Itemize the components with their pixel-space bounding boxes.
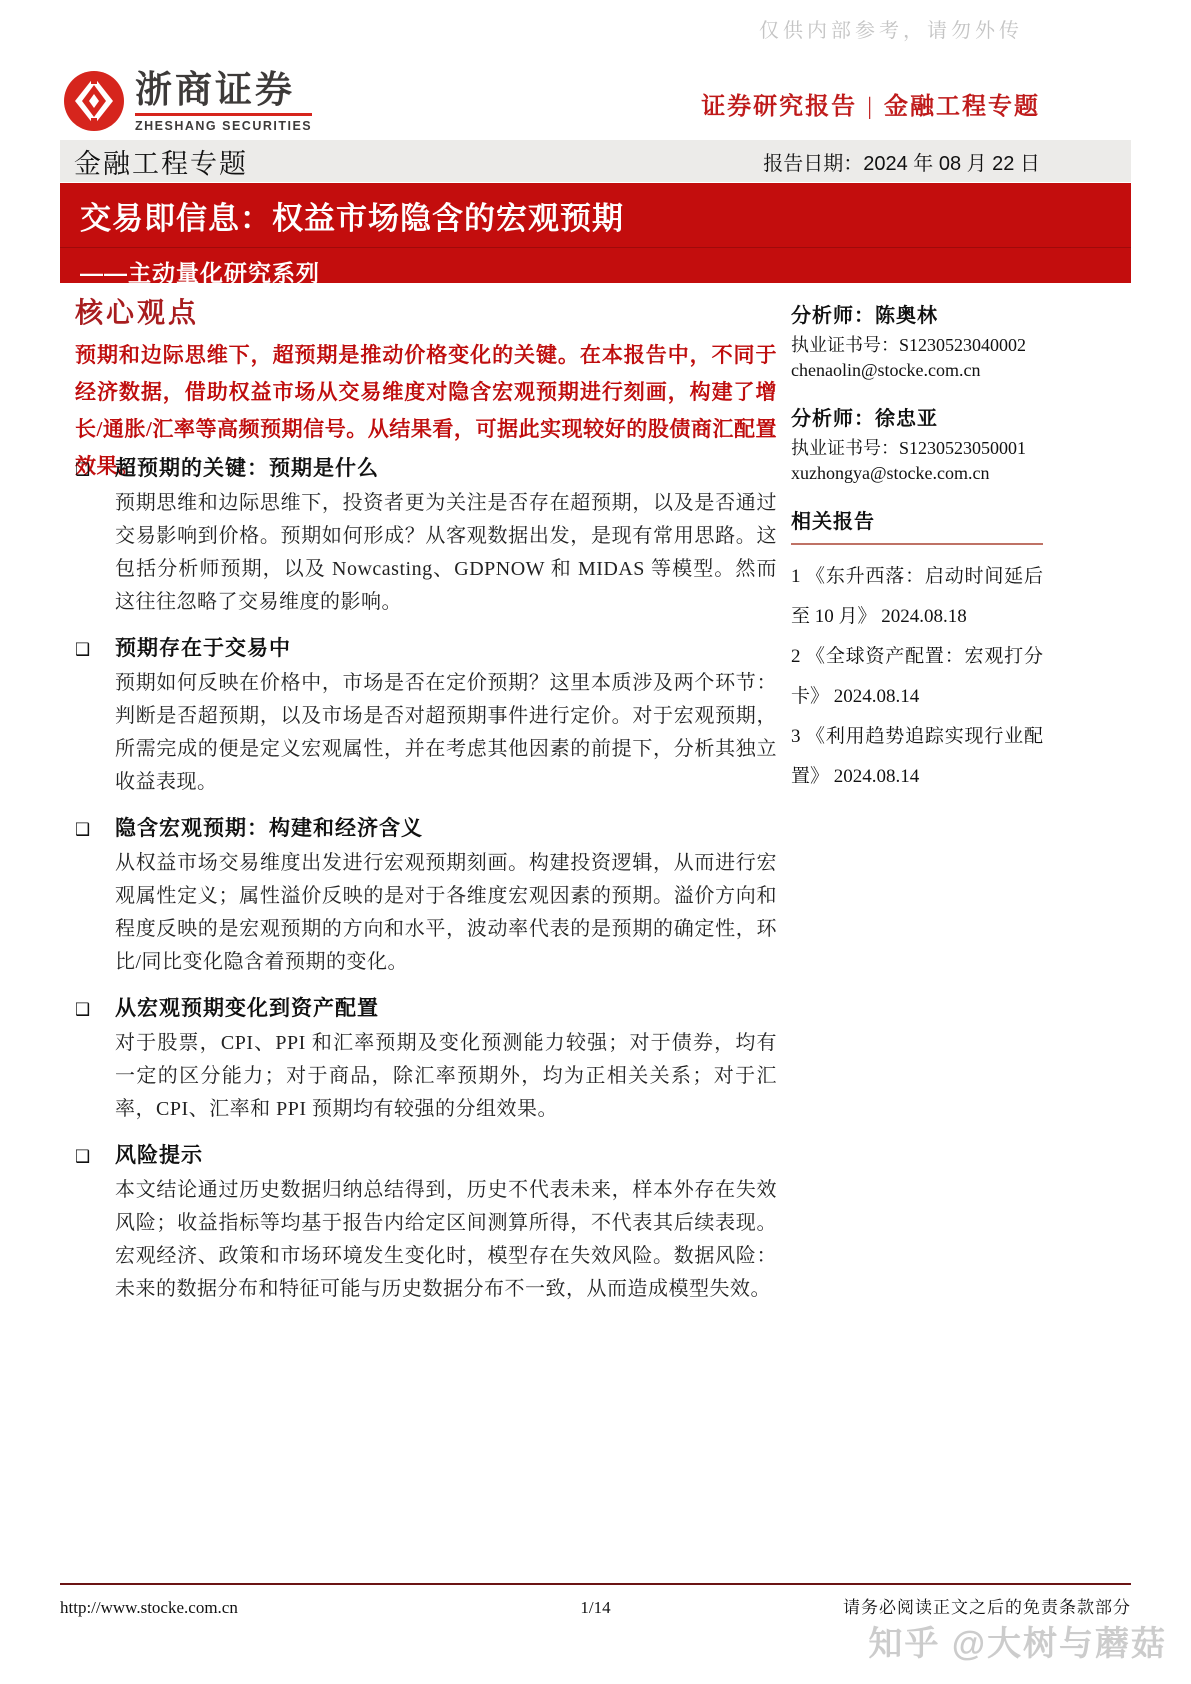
bullet-body: 预期思维和边际思维下，投资者更为关注是否存在超预期，以及是否通过交易影响到价格。… [115,487,777,619]
zheshang-logo-icon [63,70,125,132]
bullet-heading: 超预期的关键：预期是什么 [115,452,379,482]
bullet-body: 从权益市场交易维度出发进行宏观预期刻画。构建投资逻辑，从而进行宏观属性定义；属性… [115,847,777,979]
disclaimer-notice: 请务必阅读正文之后的免责条款部分 [771,1593,1131,1618]
bullet-heading: 风险提示 [115,1139,203,1169]
analyst-email: chenaolin@stocke.com.cn [791,360,1043,381]
report-page: 仅供内部参考，请勿外传 浙商证券 ZHESHANG SECURITIES 证券研… [0,0,1191,1684]
page-number: 1/14 [420,1598,771,1618]
report-date-value: 2024 年 08 月 22 日 [863,153,1040,175]
logo-name-cn: 浙商证券 [135,70,312,111]
bullet-item-risk: ❑ 风险提示 本文结论通过历史数据归纳总结得到，历史不代表未来，样本外存在失效风… [75,1139,777,1306]
section-title: 金融工程专题 [74,142,248,181]
report-category: 证券研究报告|金融工程专题 [701,86,1040,121]
bullet-heading: 从宏观预期变化到资产配置 [115,992,379,1022]
page-footer: http://www.stocke.com.cn 1/14 请务必阅读正文之后的… [60,1583,1131,1618]
company-url-link[interactable]: http://www.stocke.com.cn [60,1598,420,1618]
square-bullet-icon: ❑ [75,820,115,840]
report-subtitle: ——主动量化研究系列 [60,248,1131,288]
bullet-item: ❑ 预期存在于交易中 预期如何反映在价格中，市场是否在定价预期？这里本质涉及两个… [75,632,777,799]
logo-name-en: ZHESHANG SECURITIES [135,119,312,133]
bullet-item: ❑ 从宏观预期变化到资产配置 对于股票，CPI、PPI 和汇率预期及变化预测能力… [75,992,777,1126]
square-bullet-icon: ❑ [75,640,115,660]
square-bullet-icon: ❑ [75,1000,115,1020]
title-banner: 交易即信息：权益市场隐含的宏观预期 ——主动量化研究系列 [60,183,1131,283]
related-reports-list: 1 《东升西落：启动时间延后至 10 月》 2024.08.18 2 《全球资产… [791,557,1043,797]
analyst-cert-number: 执业证书号：S1230523040002 [791,331,1043,357]
analyst-block: 分析师：徐忠亚 执业证书号：S1230523050001 xuzhongya@s… [791,402,1043,484]
bullet-list: ❑ 超预期的关键：预期是什么 预期思维和边际思维下，投资者更为关注是否存在超预期… [75,452,777,1319]
category-separator: | [867,94,874,120]
zhihu-watermark: 知乎 @大树与蘑菇 [868,1616,1167,1665]
related-report-item: 2 《全球资产配置：宏观打分卡》 2024.08.14 [791,637,1043,717]
section-bar: 金融工程专题 报告日期：2024 年 08 月 22 日 [60,140,1131,182]
bullet-body: 预期如何反映在价格中，市场是否在定价预期？这里本质涉及两个环节：判断是否超预期，… [115,667,777,799]
report-date: 报告日期：2024 年 08 月 22 日 [763,147,1040,176]
analyst-name: 分析师：徐忠亚 [791,402,1043,431]
confidential-watermark: 仅供内部参考，请勿外传 [759,14,1023,43]
related-report-item: 1 《东升西落：启动时间延后至 10 月》 2024.08.18 [791,557,1043,637]
report-type-label: 证券研究报告 [701,94,857,120]
bullet-item: ❑ 超预期的关键：预期是什么 预期思维和边际思维下，投资者更为关注是否存在超预期… [75,452,777,619]
report-topic-label: 金融工程专题 [884,94,1040,120]
sidebar: 分析师：陈奥林 执业证书号：S1230523040002 chenaolin@s… [791,299,1043,797]
core-viewpoints-title: 核心观点 [75,291,199,331]
related-reports-title: 相关报告 [791,505,1043,545]
analyst-name: 分析师：陈奥林 [791,299,1043,328]
bullet-heading: 预期存在于交易中 [115,632,291,662]
logo-underline [135,113,312,116]
report-title: 交易即信息：权益市场隐含的宏观预期 [60,183,1131,238]
analyst-email: xuzhongya@stocke.com.cn [791,463,1043,484]
analyst-cert-number: 执业证书号：S1230523050001 [791,434,1043,460]
bullet-body: 对于股票，CPI、PPI 和汇率预期及变化预测能力较强；对于债券，均有一定的区分… [115,1027,777,1126]
bullet-body: 本文结论通过历史数据归纳总结得到，历史不代表未来，样本外存在失效风险；收益指标等… [115,1174,777,1306]
square-bullet-icon: ❑ [75,1147,115,1167]
bullet-item: ❑ 隐含宏观预期：构建和经济含义 从权益市场交易维度出发进行宏观预期刻画。构建投… [75,812,777,979]
company-logo: 浙商证券 ZHESHANG SECURITIES [63,70,312,133]
report-date-label: 报告日期： [763,153,863,175]
analyst-block: 分析师：陈奥林 执业证书号：S1230523040002 chenaolin@s… [791,299,1043,381]
square-bullet-icon: ❑ [75,460,115,480]
bullet-heading: 隐含宏观预期：构建和经济含义 [115,812,423,842]
related-report-item: 3 《利用趋势追踪实现行业配置》 2024.08.14 [791,717,1043,797]
